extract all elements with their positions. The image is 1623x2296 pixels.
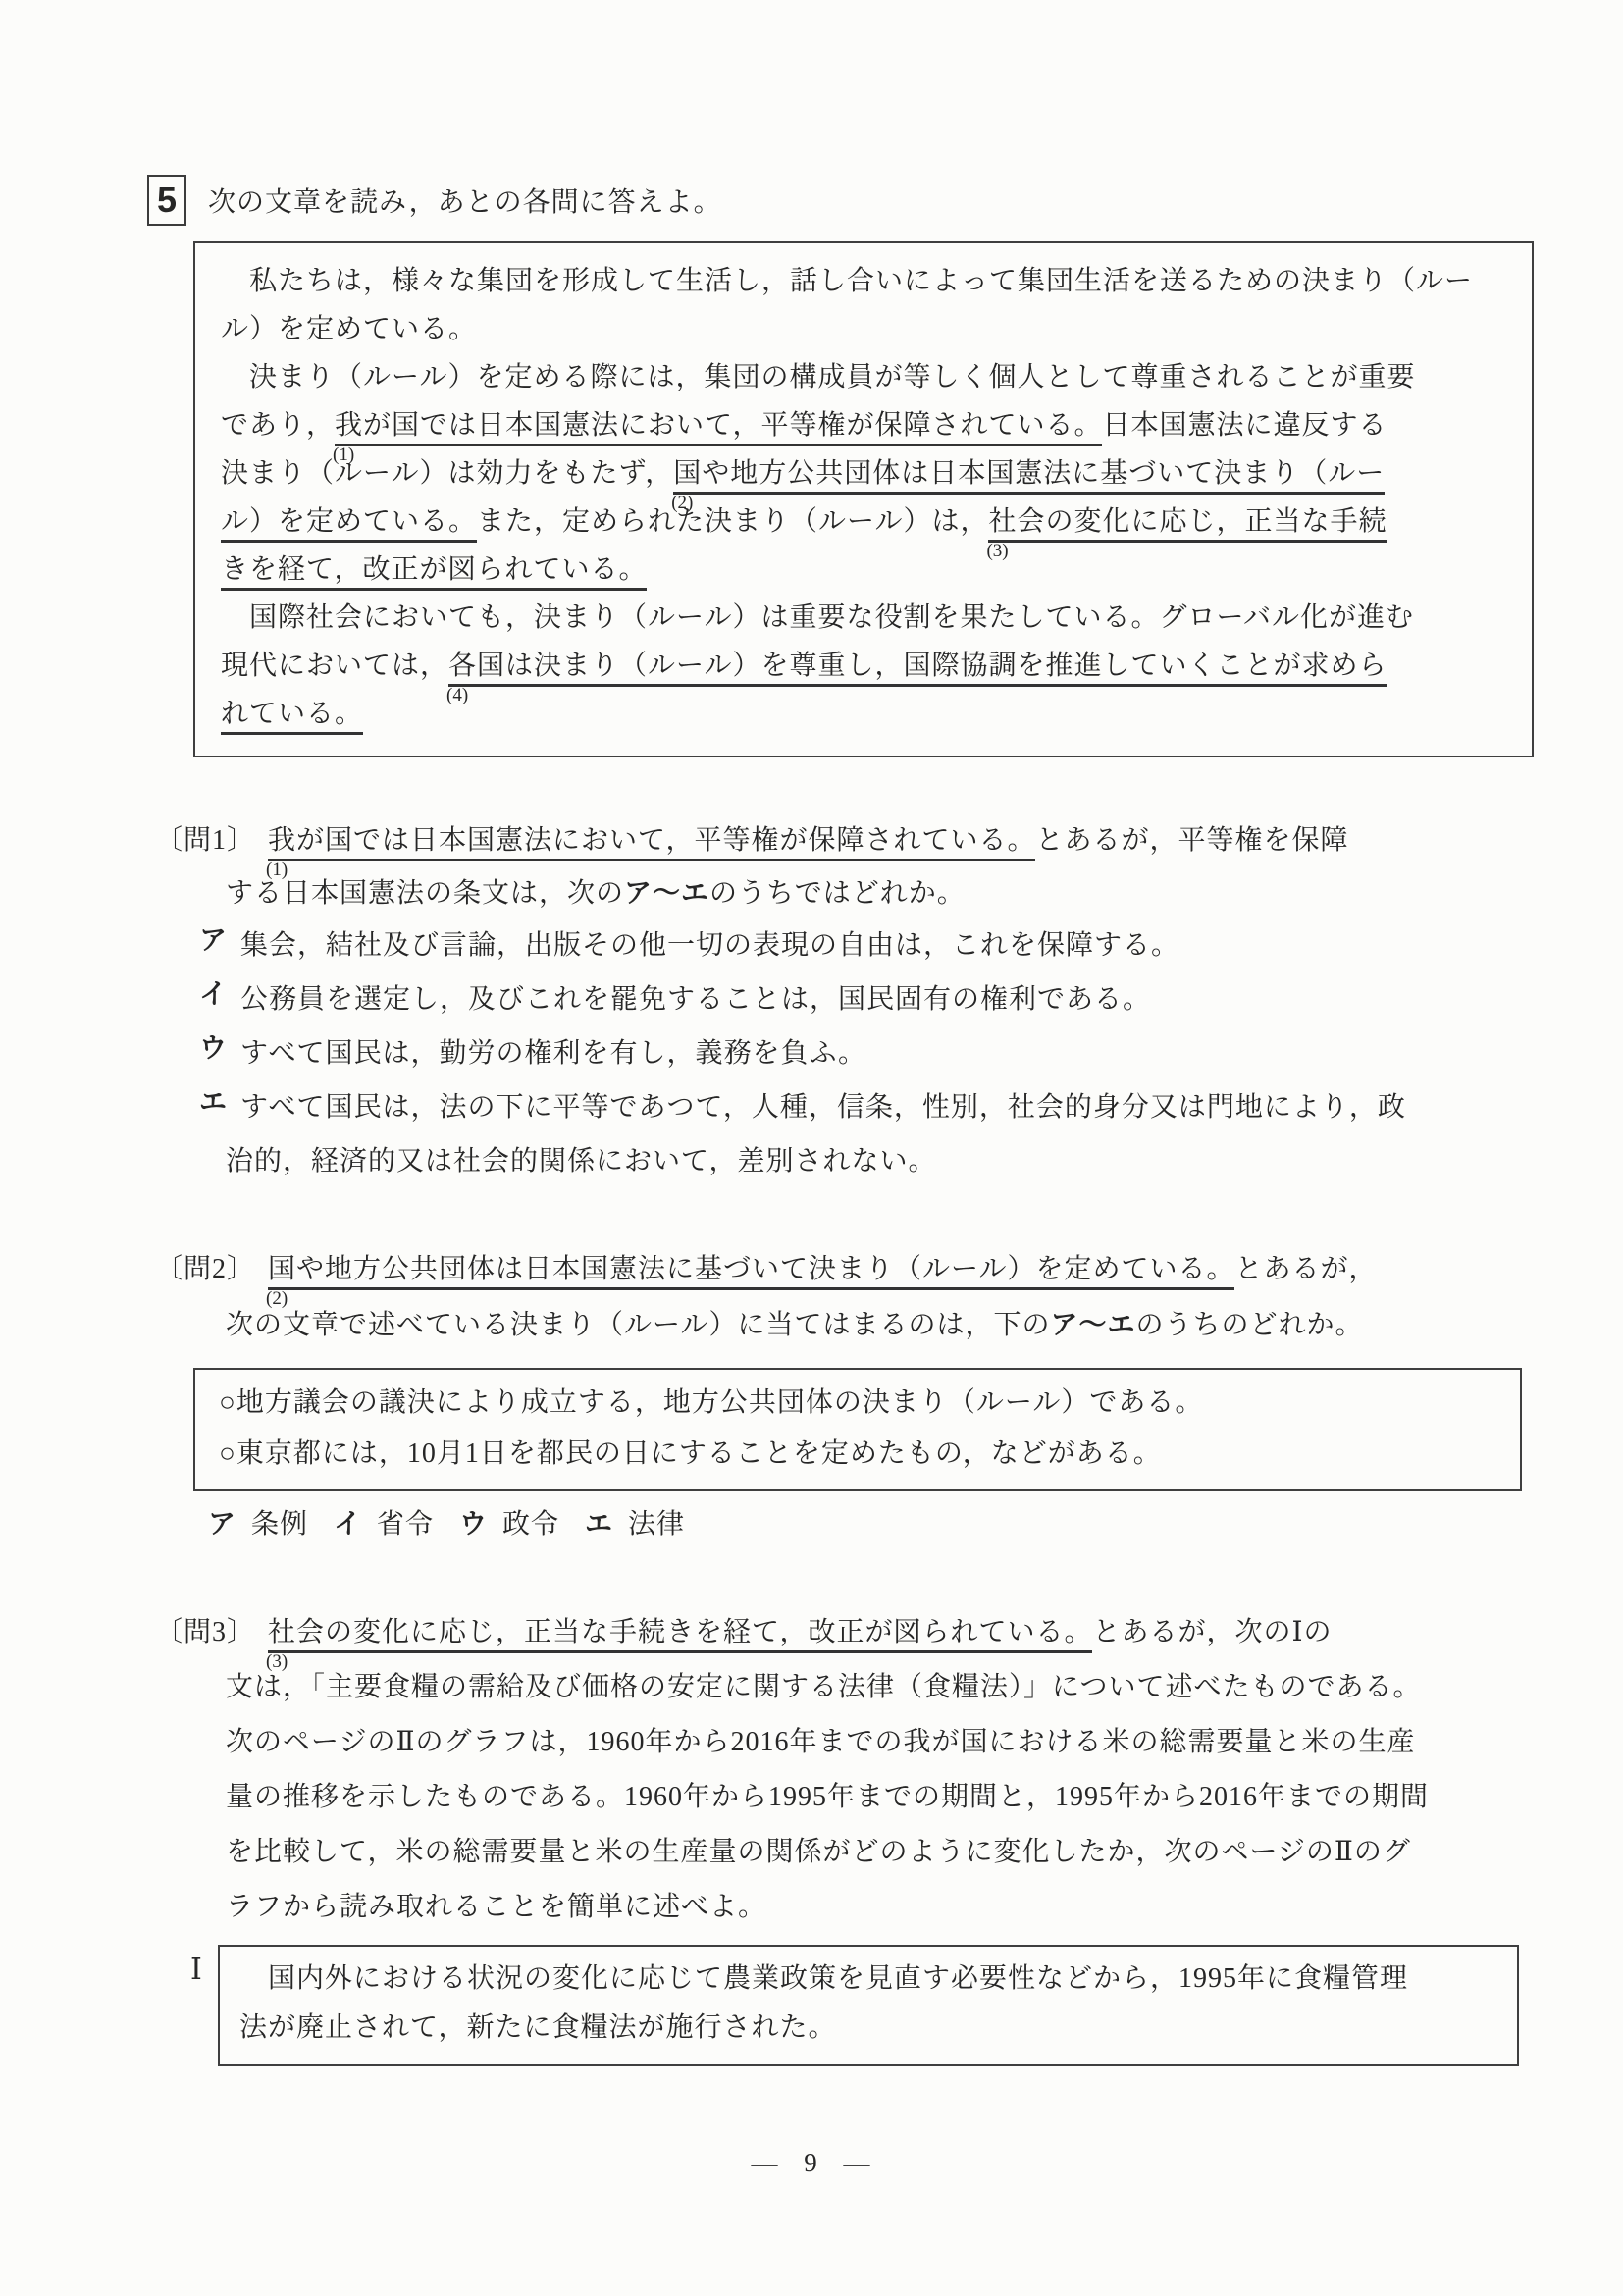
text-segment: であり，	[221, 410, 335, 441]
underlined-text: 社会の変化に応じ，正当な手続(3)	[988, 506, 1387, 543]
option-イ: イ省令	[334, 1509, 434, 1539]
text-segment: のうちのどれか。	[1135, 1310, 1363, 1340]
underlined-text: 我が国では日本国憲法において，平等権が保障されている。(1)	[335, 410, 1102, 446]
text-line: 現代においては，各国は決まり（ルール）を尊重し，国際協調を推進していくことが求め…	[221, 642, 1506, 690]
underlined-text: 国や地方公共団体は日本国憲法に基づいて決まり（ルール）を定めている。(2)	[268, 1254, 1234, 1290]
underline-number-marker: (4)	[446, 686, 468, 704]
text-segment: ○地方議会の議決により成立する，地方公共団体の決まり（ルール）である。	[219, 1387, 1203, 1418]
question-2-options: ア条例イ省令ウ政令エ法律	[208, 1499, 710, 1549]
option-text: 公務員を選定し，及びこれを罷免することは，国民固有の権利である。	[240, 972, 1151, 1026]
underline-number-marker: (3)	[986, 542, 1008, 560]
option-text-line: 公務員を選定し，及びこれを罷免することは，国民固有の権利である。	[240, 972, 1151, 1026]
question-1-options: ア集会，結社及び言論，出版その他一切の表現の自由は，これを保障する。イ公務員を選…	[155, 918, 1406, 1188]
passage-box: 私たちは，様々な集団を形成して生活し，話し合いによって集団生活を送るための決まり…	[193, 241, 1534, 757]
underline-number-marker: (2)	[266, 1289, 288, 1308]
text-line: を比較して，米の総需要量と米の生産量の関係がどのように変化したか，次のページのⅡ…	[155, 1825, 1429, 1880]
option-label: 政令	[502, 1509, 559, 1539]
text-line: 〔問3〕社会の変化に応じ，正当な手続きを経て，改正が図られている。(3)とあるが…	[155, 1605, 1429, 1660]
text-line: 〔問1〕我が国では日本国憲法において，平等権が保障されている。(1)とあるが，平…	[155, 814, 1348, 866]
underlined-text: 我が国では日本国憲法において，平等権が保障されている。(1)	[268, 825, 1035, 861]
text-segment: ア～エ	[624, 877, 709, 908]
text-line: 量の推移を示したものである。1960年から1995年までの期間と，1995年から…	[155, 1770, 1429, 1825]
option-イ: イ公務員を選定し，及びこれを罷免することは，国民固有の権利である。	[155, 972, 1406, 1026]
question-label: 〔問3〕	[155, 1617, 255, 1647]
text-line: 〔問2〕国や地方公共団体は日本国憲法に基づいて決まり（ルール）を定めている。(2…	[155, 1242, 1377, 1297]
underlined-text: 社会の変化に応じ，正当な手続きを経て，改正が図られている。(3)	[268, 1617, 1092, 1653]
text-line: 法が廃止されて，新たに食糧法が施行された。	[239, 2004, 1497, 2053]
text-segment: ○東京都には，10月1日を都民の日にすることを定めたもの，などがある。	[219, 1438, 1162, 1469]
underlined-text: れている。	[221, 699, 363, 735]
text-line: ○東京都には，10月1日を都民の日にすることを定めたもの，などがある。	[219, 1429, 1496, 1480]
text-segment: 現代においては，	[221, 651, 448, 681]
text-segment: 次の文章で述べている決まり（ルール）に当てはまるのは，下の	[226, 1310, 1050, 1340]
big-question-number: 5	[147, 175, 186, 226]
option-key: エ	[199, 1080, 229, 1120]
option-key: ア	[208, 1499, 237, 1548]
text-segment: 文は，「主要食糧の需給及び価格の安定に関する法律（食糧法）」について述べたもので…	[226, 1672, 1421, 1702]
option-key: エ	[585, 1499, 614, 1548]
text-line: ル）を定めている。	[221, 305, 1506, 353]
option-text-line: すべて国民は，法の下に平等であつて，人種，信条，性別，社会的身分又は門地により，…	[240, 1080, 1406, 1134]
source-i-label: Ⅰ	[190, 1953, 203, 1987]
question-2-lead: 〔問2〕国や地方公共団体は日本国憲法に基づいて決まり（ルール）を定めている。(2…	[155, 1242, 1377, 1353]
option-text: すべて国民は，勤労の権利を有し，義務を負ふ。	[240, 1026, 866, 1080]
option-key: ウ	[199, 1026, 229, 1066]
option-text: 集会，結社及び言論，出版その他一切の表現の自由は，これを保障する。	[240, 918, 1179, 972]
text-segment: とあるが，平等権を保障	[1035, 825, 1348, 856]
option-ア: ア条例	[208, 1509, 308, 1539]
text-line: 次のページのⅡのグラフは，1960年から2016年までの我が国における米の総需要…	[155, 1715, 1429, 1770]
question-label: 〔問1〕	[155, 825, 255, 856]
text-line: する日本国憲法の条文は，次のア～エのうちではどれか。	[155, 866, 1348, 919]
underlined-text: 国や地方公共団体は日本国憲法に基づいて決まり（ルー(2)	[673, 458, 1385, 495]
option-key: ア	[199, 918, 229, 958]
question-3-lead: 〔問3〕社会の変化に応じ，正当な手続きを経て，改正が図られている。(3)とあるが…	[155, 1605, 1429, 1935]
option-ウ: ウすべて国民は，勤労の権利を有し，義務を負ふ。	[155, 1026, 1406, 1080]
option-ア: ア集会，結社及び言論，出版その他一切の表現の自由は，これを保障する。	[155, 918, 1406, 972]
text-line: ラフから読み取れることを簡単に述べよ。	[155, 1880, 1429, 1935]
text-line: 決まり（ルール）を定める際には，集団の構成員が等しく個人として尊重されることが重…	[221, 353, 1506, 401]
underline-number-marker: (2)	[671, 494, 693, 512]
option-label: 法律	[628, 1509, 685, 1539]
text-segment: ル）を定めている。	[221, 314, 477, 344]
question-header: 5 次の文章を読み，あとの各問に答えよ。	[147, 175, 722, 226]
text-segment: 国内外における状況の変化に応じて農業政策を見直す必要性などから，1995年に食糧…	[239, 1963, 1408, 1994]
text-line: ル）を定めている。また，定められた決まり（ルール）は，社会の変化に応じ，正当な手…	[221, 497, 1506, 546]
text-segment: とあるが，	[1234, 1254, 1377, 1284]
option-エ: エ法律	[585, 1509, 685, 1539]
option-text-line: すべて国民は，勤労の権利を有し，義務を負ふ。	[240, 1026, 866, 1080]
text-line: 決まり（ルール）は効力をもたず，国や地方公共団体は日本国憲法に基づいて決まり（ル…	[221, 449, 1506, 497]
text-line: きを経て，改正が図られている。	[221, 546, 1506, 594]
question-2-source-box: ○地方議会の議決により成立する，地方公共団体の決まり（ルール）である。○東京都に…	[193, 1368, 1522, 1491]
text-segment: 私たちは，様々な集団を形成して生活し，話し合いによって集団生活を送るための決まり…	[221, 266, 1473, 296]
source-i-box: 国内外における状況の変化に応じて農業政策を見直す必要性などから，1995年に食糧…	[218, 1945, 1519, 2066]
underlined-text: ル）を定めている。	[221, 506, 477, 543]
question-1-lead: 〔問1〕我が国では日本国憲法において，平等権が保障されている。(1)とあるが，平…	[155, 814, 1348, 919]
text-segment: する日本国憲法の条文は，次の	[226, 878, 624, 909]
text-segment: 決まり（ルール）は効力をもたず，	[221, 458, 673, 489]
option-ウ: ウ政令	[459, 1509, 559, 1539]
text-segment: 法が廃止されて，新たに食糧法が施行された。	[239, 2012, 836, 2043]
text-segment: 国際社会においても，決まり（ルール）は重要な役割を果たしている。グローバル化が進…	[221, 602, 1414, 633]
instruction-text: 次の文章を読み，あとの各問に答えよ。	[208, 181, 722, 220]
text-segment: 日本国憲法に違反する	[1102, 410, 1387, 441]
text-segment: 決まり（ルール）を定める際には，集団の構成員が等しく個人として尊重されることが重…	[221, 362, 1415, 392]
option-text-line: 集会，結社及び言論，出版その他一切の表現の自由は，これを保障する。	[240, 918, 1179, 972]
underlined-text: 各国は決まり（ルール）を尊重し，国際協調を推進していくことが求めら(4)	[448, 651, 1387, 687]
option-key: イ	[334, 1499, 363, 1548]
option-text: すべて国民は，法の下に平等であつて，人種，信条，性別，社会的身分又は門地により，…	[240, 1080, 1406, 1188]
underline-number-marker: (1)	[333, 445, 354, 464]
option-key: ウ	[459, 1499, 489, 1548]
text-segment: ア～エ	[1050, 1309, 1135, 1339]
text-segment: 次のページのⅡのグラフは，1960年から2016年までの我が国における米の総需要…	[226, 1727, 1415, 1757]
text-segment: また，定められた決まり（ルール）は，	[477, 506, 988, 537]
text-segment: 量の推移を示したものである。1960年から1995年までの期間と，1995年から…	[226, 1782, 1429, 1812]
text-line: 次の文章で述べている決まり（ルール）に当てはまるのは，下のア～エのうちのどれか。	[155, 1297, 1377, 1353]
text-line: 国内外における状況の変化に応じて農業政策を見直す必要性などから，1995年に食糧…	[239, 1955, 1497, 2004]
text-line: 私たちは，様々な集団を形成して生活し，話し合いによって集団生活を送るための決まり…	[221, 257, 1506, 305]
question-label: 〔問2〕	[155, 1254, 255, 1284]
exam-page: 5 次の文章を読み，あとの各問に答えよ。 私たちは，様々な集団を形成して生活し，…	[0, 0, 1623, 2296]
text-segment: を比較して，米の総需要量と米の生産量の関係がどのように変化したか，次のページのⅡ…	[226, 1837, 1411, 1867]
text-line: ○地方議会の議決により成立する，地方公共団体の決まり（ルール）である。	[219, 1378, 1496, 1429]
text-segment: ラフから読み取れることを簡単に述べよ。	[226, 1892, 766, 1922]
underline-number-marker: (3)	[266, 1652, 288, 1671]
text-line: 文は，「主要食糧の需給及び価格の安定に関する法律（食糧法）」について述べたもので…	[155, 1660, 1429, 1715]
option-label: 条例	[251, 1509, 308, 1539]
underline-number-marker: (1)	[266, 861, 288, 879]
underlined-text: きを経て，改正が図られている。	[221, 554, 647, 591]
option-label: 省令	[377, 1509, 434, 1539]
option-text-line: 治的，経済的又は社会的関係において，差別されない。	[226, 1134, 1406, 1188]
text-line: れている。	[221, 690, 1506, 738]
text-line: であり，我が国では日本国憲法において，平等権が保障されている。(1)日本国憲法に…	[221, 401, 1506, 449]
text-segment: とあるが，次のⅠの	[1092, 1617, 1332, 1647]
option-エ: エすべて国民は，法の下に平等であつて，人種，信条，性別，社会的身分又は門地により…	[155, 1080, 1406, 1188]
text-line: 国際社会においても，決まり（ルール）は重要な役割を果たしている。グローバル化が進…	[221, 594, 1506, 642]
option-key: イ	[199, 972, 229, 1012]
page-number: — 9 —	[0, 2143, 1623, 2182]
text-segment: のうちではどれか。	[709, 878, 966, 909]
